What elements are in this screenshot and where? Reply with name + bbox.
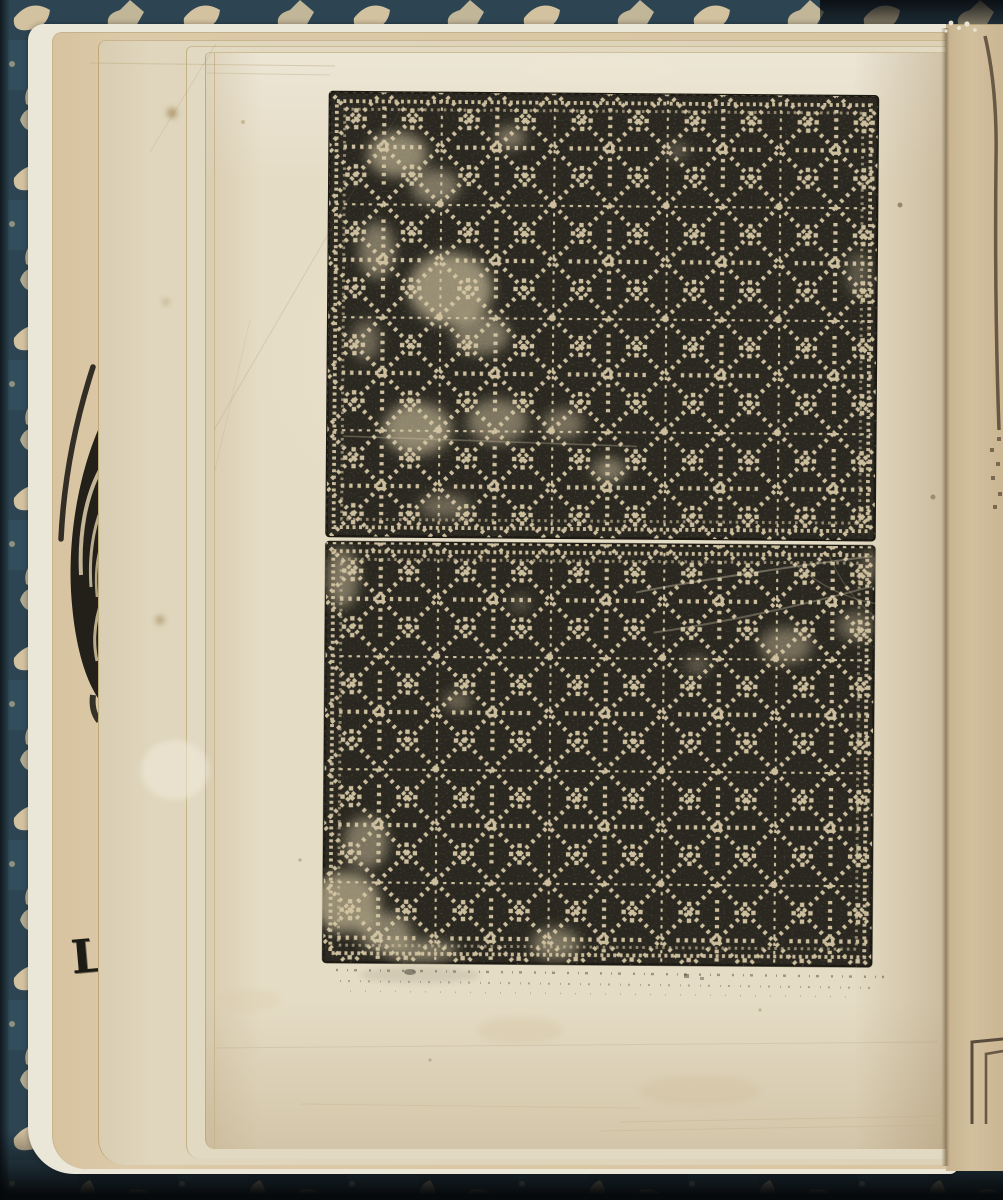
lower-panel [321, 542, 884, 967]
page-edge-line [214, 53, 215, 1149]
printed-pattern-panels [321, 90, 884, 976]
upper-panel [326, 92, 877, 540]
facing-page-sliver [946, 24, 1003, 1171]
book-photo: L [0, 0, 1003, 1200]
cover-spine-shadow [0, 0, 10, 1200]
